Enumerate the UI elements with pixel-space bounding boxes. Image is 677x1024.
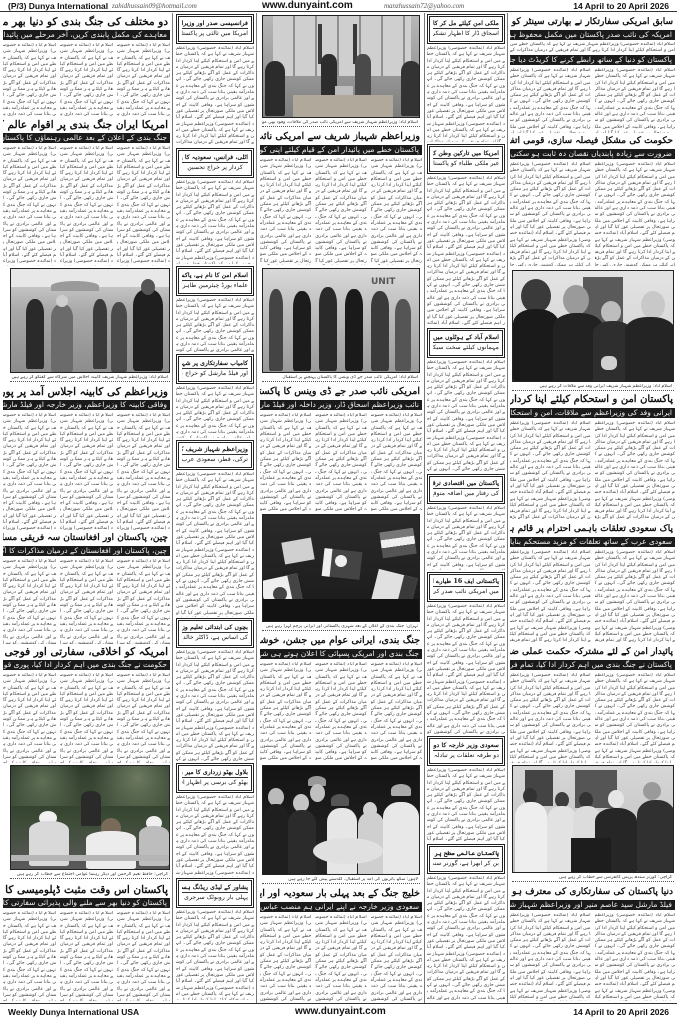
photo-caption: کراچی: گورنر سندھ پریس کانفرنس سے خطاب ک… <box>512 875 674 883</box>
photo-governor-press-conference <box>512 765 674 873</box>
column-divider <box>172 13 173 1003</box>
photo-caption: کراچی: حافظ نعیم الرحمن اور دیگر رہنما ع… <box>10 872 170 880</box>
column-divider <box>507 13 508 1003</box>
brief-box: پاکستان میں اقتصادی ترقی کی رفتار میں اض… <box>429 476 503 502</box>
story-a4: چین، پاکستان اور افغانستان سہ فریقی مسائ… <box>3 531 170 644</box>
article-body: اسلام آباد (نمائندہ خصوصی) وزیراعظم شہبا… <box>595 68 676 133</box>
brief-box: اسلام آباد کے ہوٹلوں میں غیر ملکی مہمانو… <box>429 330 503 356</box>
headline: حکومت کی مشکل فیصلہ سازی، قومی اتفاق رائ… <box>510 134 675 148</box>
article-body: اسلام آباد (نمائندہ خصوصی) وزیراعظم شہبا… <box>3 413 56 530</box>
brief-box: سعودی وزیر خارجہ کا دورہ پاکستان دو طرفہ… <box>429 738 503 764</box>
article-body: اسلام آباد (نمائندہ خصوصی) وزیراعظم شہبا… <box>595 162 676 266</box>
article-body: اسلام آباد (نمائندہ خصوصی) وزیراعظم شہبا… <box>117 43 170 117</box>
photo-caption: اسلام آباد: وزیراعظم شہباز شریف سے امریک… <box>262 120 420 128</box>
article-body: اسلام آباد (نمائندہ خصوصی) وزیراعظم شہبا… <box>260 662 311 762</box>
article-body: اسلام آباد (نمائندہ خصوصی) وزیراعظم شہبا… <box>315 158 366 265</box>
brief-box: اسلام امن کا نام ہے، پاکستان علماء بورڈ … <box>178 268 252 294</box>
photo-caption: اسلام آباد: امریکی نائب صدر جے ڈی وینس ک… <box>262 375 420 383</box>
article-body: اسلام آباد (نمائندہ خصوصی) وزیراعظم شہبا… <box>60 559 113 644</box>
brief-body: اسلام آباد (نمائندہ خصوصی) وزیراعظم شہبا… <box>176 910 254 1000</box>
brief-body: اسلام آباد (نمائندہ خصوصی) وزیراعظم شہبا… <box>427 876 505 1001</box>
article-body: اسلام آباد (نمائندہ خصوصی) وزیراعظم شہبا… <box>3 559 56 644</box>
headline: وزیراعظم کی کابینہ اجلاس آمد پر پورا ہال… <box>3 385 170 399</box>
brief-body: اسلام آباد (نمائندہ خصوصی) وزیراعظم شہبا… <box>176 472 254 617</box>
article-body: اسلام آباد (نمائندہ خصوصی) وزیراعظم شہبا… <box>595 913 676 1001</box>
brief-body: اسلام آباد (نمائندہ خصوصی) وزیراعظم شہبا… <box>176 298 254 353</box>
article-body: اسلام آباد (نمائندہ خصوصی) وزیراعظم شہبا… <box>60 413 113 530</box>
headline: پائیدار امن کے لئے مشترکہ حکمت عملی ضرور… <box>510 645 675 659</box>
subheadline: پاکستان خطے میں پائیدار امن کے قیام کیلئ… <box>260 145 422 155</box>
article-body: اسلام آباد (نمائندہ خصوصی) وزیراعظم شہبا… <box>3 673 56 763</box>
article-body: اسلام آباد (نمائندہ خصوصی) وزیراعظم شہبا… <box>260 413 311 513</box>
story-a6: پاکستان اس وقت مثبت ڈپلومیسی کا مرکز بن … <box>3 883 170 1001</box>
article-body: اسلام آباد (نمائندہ خصوصی) وزیراعظم شہبا… <box>60 673 113 763</box>
subheadline: سعودی عرب کے ساتھ تعلقات کو مزید مستحکم … <box>510 537 675 547</box>
subheadline: چین، پاکستان اور افغانستان کے درمیان مذا… <box>3 546 170 556</box>
headline: امریکا ایران جنگ بندی پر اقوام عالم کا پ… <box>3 118 170 132</box>
subheadline: ایرانی وفد کی وزیراعظم سے ملاقات، امن و … <box>510 408 675 418</box>
brief-body: اسلام آباد (نمائندہ خصوصی) وزیراعظم شہبا… <box>176 180 254 264</box>
story-c2: امریکی نائب صدر جے ڈی وینس کا پاکستان پہ… <box>260 385 422 513</box>
brief-box: ملکی امن کیلئے مل کر کام کرنا ہوگا، وزیر… <box>429 16 503 42</box>
article-body: اسلام آباد (نمائندہ خصوصی) وزیراعظم شہبا… <box>510 550 591 642</box>
photo-caption: اسلام آباد: وزیراعظم شہباز شریف ایرانی و… <box>512 384 674 392</box>
article-body: اسلام آباد (نمائندہ خصوصی) وزیراعظم شہبا… <box>117 673 170 763</box>
brief-box: پاکستانی ایف 16 طیارے امریکی وفد میں امر… <box>429 574 503 600</box>
headline: خلیج جنگ کے بعد پہلی بار سعودیہ اور ایرا… <box>260 887 422 901</box>
story-c3: جنگ بندی، ایرانی عوام میں جشن، خوشی اور … <box>260 634 422 762</box>
story-e1: سابق امریکی سفارتکار نے بھارتی سینٹر کو … <box>510 15 675 133</box>
footer-website-link[interactable]: www.dunyaint.com <box>295 1006 386 1017</box>
brief-box: کامیاب سفارتکاری پر شہباز شریف اور فیلڈ … <box>178 356 252 382</box>
headline: سابق امریکی سفارتکار نے بھارتی سینٹر کو … <box>510 15 675 29</box>
headline: پاکستان اس وقت مثبت ڈپلومیسی کا مرکز بن … <box>3 883 170 897</box>
story-e2: حکومت کی مشکل فیصلہ سازی، قومی اتفاق رائ… <box>510 134 675 266</box>
photo-pm-handshake <box>512 270 674 382</box>
article-body: اسلام آباد (نمائندہ خصوصی) وزیراعظم شہبا… <box>510 913 591 1001</box>
photo-rally-leaders <box>10 765 170 870</box>
page-label: (P/3) Dunya International <box>8 1 108 11</box>
article-body: اسلام آباد (نمائندہ خصوصی) وزیراعظم شہبا… <box>510 162 591 266</box>
story-c4: خلیج جنگ کے بعد پہلی بار سعودیہ اور ایرا… <box>260 887 422 1001</box>
brief-box: بلاول بھٹو زرداری کا میر مرتضیٰ بھٹو کی … <box>178 765 252 791</box>
article-body: اسلام آباد (نمائندہ خصوصی) وزیراعظم شہبا… <box>595 550 676 642</box>
story-a5: امریکہ کو اخلاقی، سفارتی اور فوجی شکست ہ… <box>3 645 170 763</box>
headline: امریکہ کو اخلاقی، سفارتی اور فوجی شکست ہ… <box>3 645 170 659</box>
article-body: اسلام آباد (نمائندہ خصوصی) وزیراعظم شہبا… <box>510 673 591 763</box>
brief-body: اسلام آباد (نمائندہ خصوصی) وزیراعظم شہبا… <box>176 795 254 877</box>
brief-body: اسلام آباد (نمائندہ خصوصی) وزیراعظم شہبا… <box>427 604 505 734</box>
article-body: اسلام آباد (نمائندہ خصوصی) وزیراعظم شہبا… <box>371 662 422 762</box>
subheadline-secondary: پاکستان کو دنیا کے ساتھ رابطے کرنے کا کر… <box>510 55 675 65</box>
brief-box: وزیراعظم شہباز شریف کا دورہ ترکی، قطر، س… <box>178 442 252 468</box>
photo-vice-president-meeting <box>262 15 420 118</box>
brief-box: امریکا میں تارکین وطن کیلئے مشکلات غیر م… <box>429 146 503 172</box>
article-body: اسلام آباد (نمائندہ خصوصی) وزیراعظم شہبا… <box>3 146 56 266</box>
subheadline: ضرورت سے زیادہ پابندیاں نقصان دہ ثابت ہو… <box>510 149 675 159</box>
story-e5: پائیدار امن کے لئے مشترکہ حکمت عملی ضرور… <box>510 645 675 763</box>
article-body: اسلام آباد (نمائندہ خصوصی) وزیراعظم شہبا… <box>3 43 56 117</box>
brief-body: اسلام آباد (نمائندہ خصوصی) وزیراعظم شہبا… <box>427 176 505 326</box>
story-e3: پاکستان امن و استحکام کیلئے اپنا کردار ج… <box>510 393 675 521</box>
brief-box: پشاور کے لیڈی ریڈنگ ہسپتال میں پہلی بار … <box>178 880 252 906</box>
subheadline: نائب وزیراعظم اسحاق ڈار، وزیر داخلہ اور … <box>260 400 422 410</box>
headline: جنگ بندی، ایرانی عوام میں جشن، خوشی اور … <box>260 634 422 648</box>
article-body: اسلام آباد (نمائندہ خصوصی) وزیراعظم شہبا… <box>117 559 170 644</box>
story-a3: وزیراعظم کی کابینہ اجلاس آمد پر پورا ہال… <box>3 385 170 530</box>
article-body: اسلام آباد (نمائندہ خصوصی) وزیراعظم شہبا… <box>60 43 113 117</box>
brief-body: اسلام آباد (نمائندہ خصوصی) وزیراعظم شہبا… <box>427 768 505 842</box>
subheadline: جنگ بندی اور امریکی پسپائی کا اعلان ہوتے… <box>260 649 422 659</box>
article-body: اسلام آباد (نمائندہ خصوصی) وزیراعظم شہبا… <box>260 915 311 1001</box>
column-divider <box>424 13 425 1003</box>
brief-body: اسلام آباد (نمائندہ خصوصی) وزیراعظم شہبا… <box>176 650 254 762</box>
photo-caption: لاہور: سکھ یاتریوں کی آمد پر استقبال، گل… <box>262 877 420 885</box>
publication-name: Weekly Dunya International USA <box>8 1007 139 1017</box>
subheadline: امریکہ کی نائب صدر پاکستان میں مکمل محفو… <box>510 30 675 40</box>
article-body: اسلام آباد (نمائندہ خصوصی) وزیراعظم شہبا… <box>315 413 366 513</box>
brief-body: اسلام آباد (نمائندہ خصوصی) وزیراعظم شہبا… <box>427 46 505 142</box>
photo-cabinet-meeting <box>10 268 170 373</box>
brief-body: اسلام آباد (نمائندہ خصوصی) وزیراعظم شہبا… <box>176 386 254 438</box>
photo-sikh-yatrees-welcome <box>262 765 420 875</box>
article-body: اسلام آباد (نمائندہ خصوصی) وزیراعظم شہبا… <box>260 158 311 265</box>
photo-tehran-celebrations <box>262 514 420 622</box>
headline: دنیا پاکستان کی سفارتکاری کی معترف ہو چک… <box>510 885 675 899</box>
photo-caption: اسلام آباد: وزیراعظم شہباز شریف کابینہ ا… <box>10 375 170 383</box>
article-body: اسلام آباد (نمائندہ خصوصی) وزیراعظم شہبا… <box>117 413 170 530</box>
story-a2: امریکا ایران جنگ بندی پر اقوام عالم کا پ… <box>3 118 170 266</box>
article-body: اسلام آباد (نمائندہ خصوصی) وزیراعظم شہبا… <box>595 673 676 763</box>
article-body: اسلام آباد (نمائندہ خصوصی) وزیراعظم شہبا… <box>117 146 170 266</box>
subheadline: حکومت نے جنگ بندی میں اہم کردار ادا کیا،… <box>3 660 170 670</box>
article-body: اسلام آباد (نمائندہ خصوصی) وزیراعظم شہبا… <box>3 911 56 1001</box>
article-body: اسلام آباد (نمائندہ خصوصی) وزیراعظم شہبا… <box>595 421 676 521</box>
subheadline: پاکستان کو دنیا بھر سے ملنے والی پذیرائی… <box>3 898 170 908</box>
subheadline: سعودی وزیر خارجہ نے اپنے ایرانی ہم منصب … <box>260 902 422 912</box>
headline: چین، پاکستان اور افغانستان سہ فریقی مسائ… <box>3 531 170 545</box>
article-body: اسلام آباد (نمائندہ خصوصی) وزیراعظم شہبا… <box>371 158 422 265</box>
brief-body: اسلام آباد (نمائندہ خصوصی) وزیراعظم شہبا… <box>176 46 254 146</box>
photo-caption: تہران: جنگ بندی کے اعلان کے بعد شہری پاک… <box>262 624 420 632</box>
subheadline: وفاقی کابینہ کا وزیراعظم، وزیر خارجہ اور… <box>3 400 170 410</box>
masthead: (P/3) Dunya International zahidhussain09… <box>0 0 677 12</box>
brief-body: اسلام آباد (نمائندہ خصوصی) وزیراعظم شہبا… <box>427 506 505 570</box>
website-link[interactable]: www.dunyaint.com <box>262 0 353 11</box>
brief-box: فرانسیسی صدر اور وزیراعظم کا فون پر رابط… <box>178 16 252 42</box>
footer-date: 14 April to 20 April 2026 <box>573 1007 669 1017</box>
brief-box: پاکستان عالمی سطح پر ایک پاور ہاؤس بن کر… <box>429 846 503 872</box>
article-body: اسلام آباد (نمائندہ خصوصی) وزیراعظم شہبا… <box>60 911 113 1001</box>
issue-date: 14 April to 20 April 2026 <box>573 1 669 11</box>
headline: امریکی نائب صدر جے ڈی وینس کا پاکستان پہ… <box>260 385 422 399</box>
column-divider <box>256 13 257 1003</box>
brief-box: بچوں کی ابتدائی تعلیم وزیراعلیٰ کی ترجیح… <box>178 620 252 646</box>
email-left[interactable]: zahidhussain09@hotmail.com <box>112 2 197 10</box>
article-body: اسلام آباد (نمائندہ خصوصی) وزیراعظم شہبا… <box>315 915 366 1001</box>
article-body: اسلام آباد (نمائندہ خصوصی) وزیراعظم شہبا… <box>315 662 366 762</box>
footer: Weekly Dunya International USA www.dunya… <box>0 1003 677 1017</box>
article-body: اسلام آباد (نمائندہ خصوصی) وزیراعظم شہبا… <box>510 68 591 133</box>
subheadline: جنگ بندی کے اعلان کے بعد عالمی رہنماؤں ک… <box>3 133 170 143</box>
headline: پاک سعودی تعلقات باہمی احترام پر قائم ہی… <box>510 522 675 536</box>
article-body: اسلام آباد (نمائندہ خصوصی) وزیراعظم شہبا… <box>510 421 591 521</box>
brief-box: اٹلی، فرانس، سعودیہ کا پاکستانی کردار پر… <box>178 150 252 176</box>
article-body: اسلام آباد (نمائندہ خصوصی) وزیراعظم شہبا… <box>117 911 170 1001</box>
story-e6: دنیا پاکستان کی سفارتکاری کی معترف ہو چک… <box>510 885 675 1001</box>
headline: پاکستان امن و استحکام کیلئے اپنا کردار ج… <box>510 393 675 407</box>
story-a1: دو مختلف کی جنگ بندی کو دنیا بھر میں خیر… <box>3 15 170 117</box>
subheadline: فیلڈ مارشل سید عاصم منیر اور وزیراعظم شہ… <box>510 900 675 910</box>
headline: دو مختلف کی جنگ بندی کو دنیا بھر میں خیر… <box>3 15 170 29</box>
article-body: اسلام آباد (نمائندہ خصوصی) وزیراعظم شہبا… <box>60 146 113 266</box>
subheadline: پاکستان نے جنگ بندی میں اہم کردار ادا کی… <box>510 660 675 670</box>
headline: وزیراعظم شہباز شریف سے امریکی نائب صدر ک… <box>260 130 422 144</box>
email-right[interactable]: manzhussain72@yahoo.com <box>384 2 464 10</box>
article-body: اسلام آباد (نمائندہ خصوصی) وزیراعظم شہبا… <box>371 915 422 1001</box>
story-c1: وزیراعظم شہباز شریف سے امریکی نائب صدر ک… <box>260 130 422 265</box>
photo-vance-arrival: UNIT <box>262 268 420 373</box>
article-body: اسلام آباد (نمائندہ خصوصی) وزیراعظم شہبا… <box>371 413 422 513</box>
subheadline: معاہدے کی مکمل پابندی کریں، آخر مرحلے می… <box>3 30 170 40</box>
brief-body: اسلام آباد (نمائندہ خصوصی) وزیراعظم شہبا… <box>427 360 505 472</box>
story-e4: پاک سعودی تعلقات باہمی احترام پر قائم ہی… <box>510 522 675 642</box>
